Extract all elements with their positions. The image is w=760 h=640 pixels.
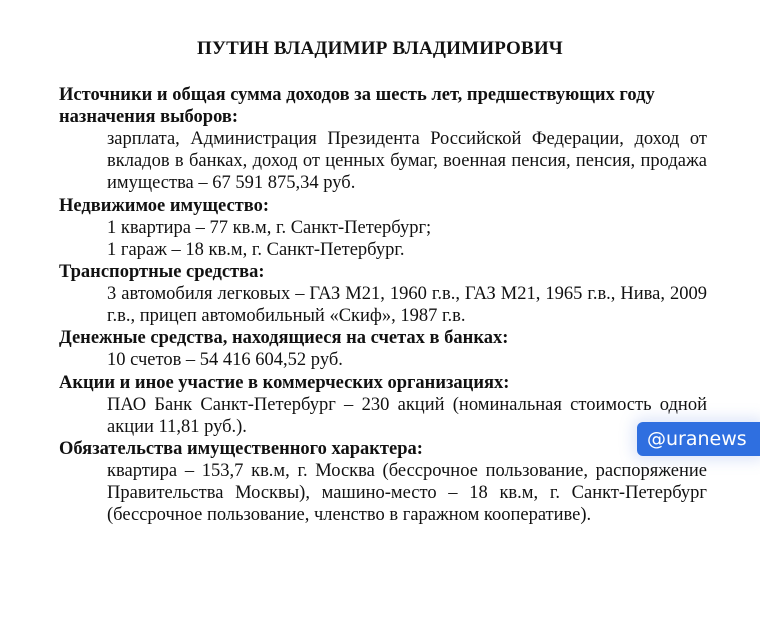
section-heading: Транспортные средства: xyxy=(59,261,707,283)
section-shares: Акции и иное участие в коммерческих орга… xyxy=(59,372,707,438)
section-heading: Источники и общая сумма доходов за шесть… xyxy=(59,84,707,128)
section-heading: Обязательства имущественного характера: xyxy=(59,438,707,460)
section-income: Источники и общая сумма доходов за шесть… xyxy=(59,84,707,195)
section-line: квартира – 153,7 кв.м, г. Москва (бессро… xyxy=(107,460,707,527)
section-body: 10 счетов – 54 416 604,52 руб. xyxy=(59,349,707,371)
uranews-watermark-badge: @uranews xyxy=(637,422,760,456)
section-line: 3 автомобиля легковых – ГАЗ М21, 1960 г.… xyxy=(107,283,707,327)
section-bank-accounts: Денежные средства, находящиеся на счетах… xyxy=(59,327,707,371)
document-title: ПУТИН ВЛАДИМИР ВЛАДИМИРОВИЧ xyxy=(0,38,760,60)
section-obligations: Обязательства имущественного характера: … xyxy=(59,438,707,527)
section-line: зарплата, Администрация Президента Росси… xyxy=(107,128,707,195)
section-body: зарплата, Администрация Президента Росси… xyxy=(59,128,707,195)
document-body: Источники и общая сумма доходов за шесть… xyxy=(59,84,707,527)
section-body: ПАО Банк Санкт-Петербург – 230 акций (но… xyxy=(59,394,707,438)
section-heading: Акции и иное участие в коммерческих орга… xyxy=(59,372,707,394)
section-line: ПАО Банк Санкт-Петербург – 230 акций (но… xyxy=(107,394,707,438)
section-line: 10 счетов – 54 416 604,52 руб. xyxy=(107,349,707,371)
section-vehicles: Транспортные средства: 3 автомобиля легк… xyxy=(59,261,707,327)
section-heading: Недвижимое имущество: xyxy=(59,195,707,217)
section-body: квартира – 153,7 кв.м, г. Москва (бессро… xyxy=(59,460,707,527)
section-heading: Денежные средства, находящиеся на счетах… xyxy=(59,327,707,349)
section-real-estate: Недвижимое имущество: 1 квартира – 77 кв… xyxy=(59,195,707,261)
section-body: 3 автомобиля легковых – ГАЗ М21, 1960 г.… xyxy=(59,283,707,327)
section-line: 1 квартира – 77 кв.м, г. Санкт-Петербург… xyxy=(107,217,707,239)
section-body: 1 квартира – 77 кв.м, г. Санкт-Петербург… xyxy=(59,217,707,261)
section-line: 1 гараж – 18 кв.м, г. Санкт-Петербург. xyxy=(107,239,707,261)
